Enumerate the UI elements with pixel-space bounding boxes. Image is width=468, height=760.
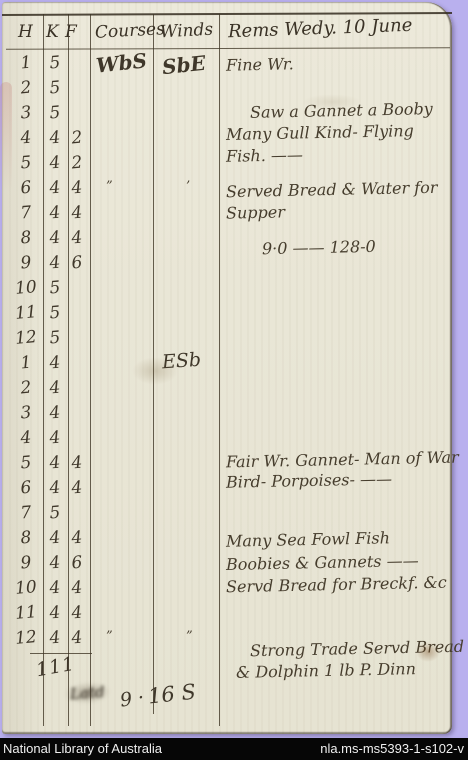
log-knots: 5	[43, 52, 67, 74]
log-knots: 4	[43, 227, 67, 249]
remark-line: Fair Wr. Gannet- Man of War	[226, 448, 459, 472]
log-knots: 4	[43, 402, 67, 424]
log-hour: 2	[11, 77, 41, 99]
log-hour: 5	[11, 152, 41, 174]
log-hour: 11	[11, 302, 41, 324]
log-knots: 4	[43, 627, 67, 649]
winds-note: ESb	[161, 349, 202, 374]
log-knots: 4	[43, 177, 67, 199]
log-hour: 3	[11, 402, 41, 424]
col-header-winds: Winds	[160, 20, 214, 43]
log-knots: 4	[43, 252, 67, 274]
column-line-f-courses	[90, 14, 91, 726]
remark-line: Served Bread & Water for	[226, 178, 438, 201]
log-fathoms: 4	[64, 177, 90, 199]
log-fathoms: 2	[64, 127, 90, 149]
remark-line: Fish. ——	[226, 145, 303, 166]
log-fathoms: 2	[64, 152, 90, 174]
column-line-winds-remarks	[219, 14, 220, 726]
remark-line: Many Gull Kind- Flying	[226, 121, 414, 144]
log-fathoms: 4	[64, 577, 90, 599]
remark-line: Boobies & Gannets ——	[226, 550, 419, 573]
log-knots: 5	[43, 277, 67, 299]
log-knots: 4	[43, 527, 67, 549]
log-fathoms: 4	[64, 527, 90, 549]
ditto-courses: ”	[106, 179, 113, 194]
remark-line: Bird- Porpoises- ——	[226, 470, 392, 492]
log-fathoms: 6	[64, 252, 90, 274]
log-knots: 5	[43, 502, 67, 524]
log-hour: 7	[11, 202, 41, 224]
logbook-page: H K F Courses Winds Rems Wedy. 10 June W…	[2, 2, 452, 734]
remark-line: Many Sea Fowl Fish	[226, 528, 390, 550]
log-hour: 12	[11, 327, 41, 349]
log-hour: 12	[11, 627, 41, 649]
log-hour: 10	[11, 277, 41, 299]
log-hour: 8	[11, 227, 41, 249]
remark-line: Saw a Gannet a Booby	[250, 99, 433, 122]
log-hour: 8	[11, 527, 41, 549]
log-knots: 4	[43, 377, 67, 399]
log-fathoms: 4	[64, 602, 90, 624]
log-knots: 4	[43, 127, 67, 149]
log-fathoms: 4	[64, 477, 90, 499]
ditto-courses: ”	[106, 629, 113, 644]
winds-entry: SbE	[161, 51, 207, 79]
log-knots: 4	[43, 452, 67, 474]
log-hour: 7	[11, 502, 41, 524]
log-fathoms: 4	[64, 227, 90, 249]
log-knots: 4	[43, 477, 67, 499]
remark-line: Strong Trade Servd Bread	[250, 637, 464, 660]
log-hour: 6	[11, 477, 41, 499]
knots-total: 111	[34, 653, 76, 681]
log-knots: 5	[43, 327, 67, 349]
log-knots: 4	[43, 352, 67, 374]
log-knots: 4	[43, 202, 67, 224]
col-header-knots: K	[46, 22, 59, 42]
log-knots: 4	[43, 602, 67, 624]
log-hour: 3	[11, 102, 41, 124]
log-hour: 2	[11, 377, 41, 399]
log-knots: 5	[43, 102, 67, 124]
col-header-fathoms: F	[65, 22, 77, 42]
log-hour: 4	[11, 427, 41, 449]
log-hour: 6	[11, 177, 41, 199]
latitude-value: 16 S	[147, 680, 197, 709]
remark-line: & Dolphin 1 lb P. Dinn	[236, 659, 416, 682]
ditto-winds: ’	[186, 179, 190, 194]
log-hour: 5	[11, 452, 41, 474]
log-hour: 1	[11, 352, 41, 374]
col-header-hours: H	[18, 22, 33, 42]
header-underline	[6, 47, 450, 50]
column-line-courses-winds	[153, 14, 154, 714]
log-hour: 10	[11, 577, 41, 599]
remark-line: Fine Wr.	[226, 54, 294, 74]
log-hour: 4	[11, 127, 41, 149]
log-knots: 4	[43, 552, 67, 574]
library-name: National Library of Australia	[3, 738, 162, 760]
scan-frame: H K F Courses Winds Rems Wedy. 10 June W…	[0, 0, 468, 760]
remark-line: Supper	[226, 202, 285, 222]
log-fathoms: 6	[64, 552, 90, 574]
col-header-courses: Courses	[95, 19, 166, 43]
stain	[0, 82, 12, 192]
courses-entry: WbS	[95, 48, 148, 77]
remark-line: Servd Bread for Breckf. &c	[226, 573, 447, 597]
ditto-winds: ”	[186, 629, 193, 644]
log-knots: 4	[43, 577, 67, 599]
metadata-bar: National Library of Australia nla.ms-ms5…	[0, 738, 468, 760]
log-knots: 4	[43, 427, 67, 449]
remark-line: 9·0 —— 128-0	[262, 236, 376, 257]
log-fathoms: 4	[64, 452, 90, 474]
log-hour: 11	[11, 602, 41, 624]
log-knots: 5	[43, 77, 67, 99]
log-hour: 9	[11, 552, 41, 574]
col-header-remarks: Rems Wedy. 10 June	[228, 15, 413, 42]
log-fathoms: 4	[64, 202, 90, 224]
catalog-id: nla.ms-ms5393-1-s102-v	[320, 738, 464, 760]
latitude-degrees: 9 ·	[119, 686, 146, 711]
log-fathoms: 4	[64, 627, 90, 649]
log-knots: 4	[43, 152, 67, 174]
latitude-label-smudge: Latd	[63, 680, 111, 705]
log-hour: 9	[11, 252, 41, 274]
log-knots: 5	[43, 302, 67, 324]
log-hour: 1	[11, 52, 41, 74]
